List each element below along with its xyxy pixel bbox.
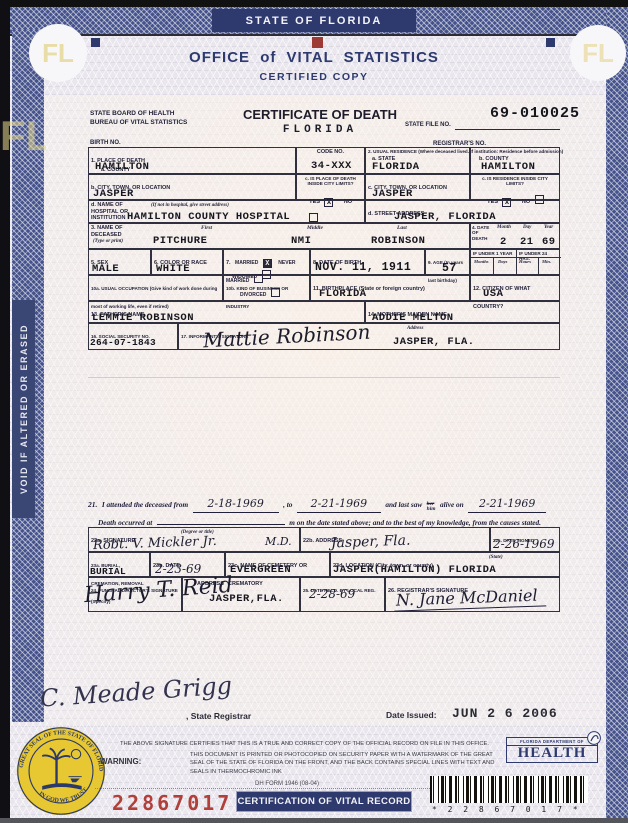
sex-value: MALE	[92, 264, 119, 275]
date-received-value: 2-28-69	[309, 588, 355, 600]
mother-name-value: ADDIE MELTON	[372, 313, 454, 324]
barcode	[430, 776, 588, 803]
death-day-value: 21	[520, 237, 534, 248]
accent-square-red	[312, 37, 323, 48]
burial-date-value: 2-23-69	[155, 563, 201, 575]
warning-label: WARNING:	[100, 757, 141, 766]
barcode-text: * 2 2 8 6 7 0 1 7 *	[432, 805, 581, 814]
field-residence-county: b. COUNTY HAMILTON	[470, 147, 560, 174]
her-him-choice: her him	[427, 502, 436, 513]
warning-text: THIS DOCUMENT IS PRINTED OR PHOTOCOPIED …	[190, 751, 508, 776]
form-grid: 1. PLACE OF DEATH a. COUNTY HAMILTON COD…	[88, 147, 560, 350]
field-sex: 5. SEX MALE	[88, 249, 151, 275]
birthplace-value: FLORIDA	[319, 289, 367, 300]
field-place-of-death: 1. PLACE OF DEATH a. COUNTY HAMILTON	[88, 147, 296, 174]
state-file-no-label: STATE FILE NO.	[405, 122, 451, 129]
field-age: 9. AGE (In years last birthday) 57	[425, 249, 470, 275]
certificate-title: CERTIFICATE OF DEATH	[230, 107, 410, 122]
date-issued-value: JUN 2 6 2006	[452, 706, 558, 721]
citizen-value: USA	[483, 289, 503, 300]
field-residence-inside-city-limits: c. IS RESIDENCE INSIDE CITY LIMITS? YES …	[470, 174, 560, 200]
field-physician-signature: 22a. SIGNATURE (Degree or title) Robt. V…	[88, 527, 300, 552]
field-cemetery: 23c. NAME OF CEMETERY OR CREMATORY EVERG…	[225, 552, 330, 577]
health-dept-small-text: FLORIDA DEPARTMENT OF	[506, 737, 598, 745]
field-death-inside-city-limits: c. IS PLACE OF DEATH INSIDE CITY LIMITS?…	[296, 174, 365, 200]
field-kind-of-business: 10b. KIND OF BUSINESS OR INDUSTRY	[223, 275, 310, 301]
attended-to-value: 2-21-1969	[311, 497, 367, 510]
field-birthplace: 11. BIRTHPLACE (State or foreign country…	[310, 275, 470, 301]
state-registrar-label: , State Registrar	[186, 711, 251, 721]
physician-degree-value: M.D.	[265, 536, 292, 547]
street-address-value: JASPER, FLORIDA	[394, 212, 496, 223]
field-local-registrar-signature: 26. REGISTRAR'S SIGNATURE N. Jane McDani…	[385, 577, 560, 612]
residence-city-value: JASPER	[372, 189, 413, 200]
field-hospital: d. NAME OF HOSPITAL OR INSTITUTION (If n…	[88, 200, 365, 223]
field-physician-address: 22b. ADDRESS Jasper, Fla.	[300, 527, 490, 552]
physician-signature-value: Robt. V. Mickler Jr.	[93, 535, 217, 552]
field-citizen-of: 12. CITIZEN OF WHAT COUNTRY? USA	[470, 275, 560, 301]
race-value: WHITE	[156, 264, 190, 275]
physician-address-value: Jasper, Fla.	[331, 534, 411, 551]
field-color-or-race: 6. COLOR OR RACE WHITE	[151, 249, 223, 275]
certified-copy-subtitle: CERTIFIED COPY	[0, 71, 628, 83]
fl-watermark-left-edge: FL	[0, 112, 46, 172]
last-name-value: ROBINSON	[371, 236, 425, 247]
health-dept-big-text: HEALTH	[506, 745, 598, 763]
scan-edge-top	[0, 0, 628, 7]
place-of-death-county-value: HAMILTON	[95, 162, 149, 173]
field-code-no: CODE NO. 34-XXX	[296, 147, 365, 174]
state-of-florida-band: STATE OF FLORIDA	[212, 9, 416, 32]
date-issued-label: Date Issued:	[386, 710, 437, 720]
cemetery-value: EVERGREEN	[230, 565, 291, 576]
office-title: OFFICE of VITAL STATISTICS	[0, 49, 628, 66]
burial-value: BURIAL	[90, 567, 126, 577]
right-guilloche-band	[606, 7, 628, 818]
informant-address-value: JASPER, FLA.	[393, 337, 475, 348]
field-date-of-death: 4. DATE OF DEATH Month Day Year 2 21 69	[470, 223, 560, 249]
board-of-health-line1: STATE BOARD OF HEALTH	[90, 110, 175, 118]
burial-location-value: JASPER(HAMILTON) FLORIDA	[333, 565, 496, 576]
informant-signature-value: Mattie Robinson	[203, 322, 371, 351]
city-of-death-value: JASPER	[93, 189, 134, 200]
form-code: DH FORM 1946 (08-04)	[255, 781, 319, 787]
field-marital-status: 7. MARRIED X NEVER MARRIED WIDOWED DIVOR…	[223, 249, 310, 275]
field-residence-state: 2. USUAL RESIDENCE (Where deceased lived…	[365, 147, 470, 174]
field-date-signed: 22c. DATE SIGNED 2-26-1969	[490, 527, 560, 552]
field-date-received: 25. DATE RECD. BY LOCAL REG. 2-28-69	[300, 577, 385, 612]
document-number: 22867017	[112, 791, 232, 815]
local-registrar-signature-value: N. Jane McDaniel	[394, 587, 546, 611]
middle-name-value: NMI	[291, 236, 311, 247]
field-city-of-death: b. CITY, TOWN, OR LOCATION JASPER	[88, 174, 296, 200]
death-year-value: 69	[542, 237, 556, 248]
accent-square-left	[91, 38, 100, 47]
field-mother-maiden-name: 14. MOTHER'S MAIDEN NAME ADDIE MELTON	[365, 301, 560, 323]
medical-grid: 21. I attended the deceased from 2-18-19…	[88, 490, 560, 612]
footer-rule	[95, 788, 440, 789]
date-of-birth-value: NOV. 11, 1911	[315, 262, 411, 274]
field-residence-city: c. CITY, TOWN, OR LOCATION JASPER	[365, 174, 470, 200]
field-date-of-birth: 8. DATE OF BIRTH NOV. 11, 1911	[310, 249, 425, 275]
last-alive-value: 2-21-1969	[479, 497, 535, 510]
health-dept-logo: FLORIDA DEPARTMENT OF HEALTH	[506, 737, 598, 769]
certify-statement: THE ABOVE SIGNATURE CERTIFIES THAT THIS …	[120, 740, 520, 749]
attended-from-value: 2-18-1969	[207, 497, 263, 510]
age-value: 57	[442, 263, 457, 275]
first-name-value: PITCHURE	[153, 236, 207, 247]
certificate-state: FLORIDA	[230, 124, 410, 136]
residence-county-value: HAMILTON	[481, 162, 535, 173]
field-informant-signature: 17. INFORMANT'S SIGNATURE Address Mattie…	[178, 323, 560, 350]
field-name-of-deceased: 3. NAME OF DECEASED (Type or print) Firs…	[88, 223, 470, 249]
great-seal-icon: GREAT SEAL OF THE STATE OF FLORIDA IN GO…	[14, 724, 108, 818]
hospital-value: HAMILTON COUNTY HOSPITAL	[127, 212, 290, 223]
date-signed-value: 2-26-1969	[493, 538, 555, 550]
field-burial: 23a. BURIAL, CREMATION, REMOVAL (Specify…	[88, 552, 150, 577]
field-social-security: 16. SOCIAL SECURITY NO. 264-07-1843	[88, 323, 178, 350]
void-band: VOID IF ALTERED OR ERASED	[12, 300, 35, 518]
state-of-florida-text: STATE OF FLORIDA	[246, 15, 383, 27]
field-usual-occupation: 10a. USUAL OCCUPATION (Give kind of work…	[88, 275, 223, 301]
state-file-no-value: 69-010025	[490, 105, 580, 122]
death-month-value: 2	[500, 237, 507, 248]
state-seal: GREAT SEAL OF THE STATE OF FLORIDA IN GO…	[14, 724, 108, 818]
code-no-value: 34-XXX	[311, 161, 352, 172]
scan-edge-bottom	[0, 818, 628, 823]
residence-state-value: FLORIDA	[372, 162, 420, 173]
death-certificate-page: STATE OF FLORIDA FL FL FL OFFICE of VITA…	[0, 0, 628, 823]
field-street-address: d. STREET ADDRESS JASPER, FLORIDA	[365, 200, 560, 223]
certification-band-text: CERTIFICATION OF VITAL RECORD	[237, 796, 410, 807]
board-of-health-line2: BUREAU OF VITAL STATISTICS	[90, 119, 187, 127]
field-under-one-year: IF UNDER 1 YEAR IF UNDER 24 HRS. Months …	[470, 249, 560, 275]
photocopy-cut-line	[88, 377, 560, 378]
field-burial-location: 23d. LOCATION (City, town, or county) (S…	[330, 552, 560, 577]
ibis-icon	[586, 731, 602, 745]
void-text: VOID IF ALTERED OR ERASED	[19, 324, 29, 494]
field-father-name: 13. FATHER'S NAME LEMMIE ROBINSON	[88, 301, 365, 323]
certification-band: CERTIFICATION OF VITAL RECORD	[237, 792, 411, 811]
accent-square-right	[546, 38, 555, 47]
father-name-value: LEMMIE ROBINSON	[92, 313, 194, 324]
attended-statement-line1: 21. I attended the deceased from 2-18-19…	[88, 494, 560, 513]
ssn-value: 264-07-1843	[90, 338, 156, 348]
